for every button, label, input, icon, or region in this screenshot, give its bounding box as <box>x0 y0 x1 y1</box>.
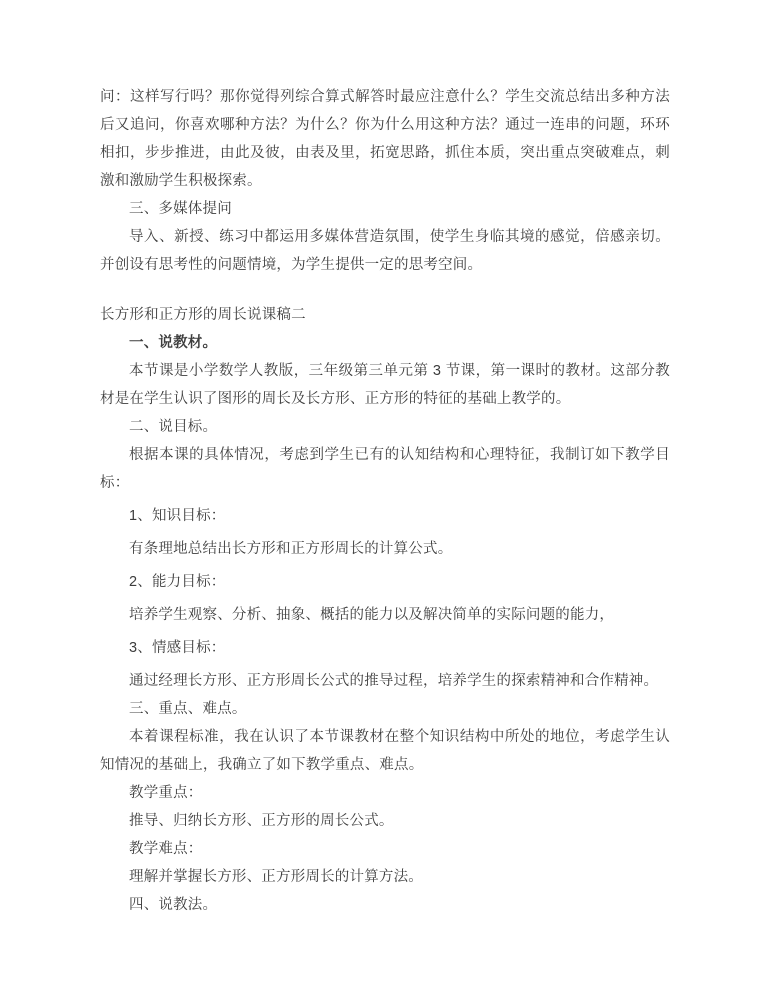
body-text: 根据本课的具体情况，考虑到学生已有的认知结构和心理特征，我制订如下教学目标： <box>100 441 670 497</box>
section-heading: 一、说教材。 <box>100 329 670 357</box>
section-heading: 三、多媒体提问 <box>100 195 670 223</box>
section-heading: 三、重点、难点。 <box>100 695 670 723</box>
body-text: 本节课是小学数学人教版，三年级第三单元第 3 节课，第一课时的教材。这部分教材是… <box>100 357 670 413</box>
body-text: 培养学生观察、分析、抽象、概括的能力以及解决简单的实际问题的能力， <box>100 601 670 629</box>
body-text: 本着课程标准，我在认识了本节课教材在整个知识结构中所处的地位，考虑学生认知情况的… <box>100 723 670 779</box>
section-heading: 四、说教法。 <box>100 891 670 919</box>
body-text: 理解并掌握长方形、正方形周长的计算方法。 <box>100 863 670 891</box>
section-heading: 二、说目标。 <box>100 413 670 441</box>
doc-title: 长方形和正方形的周长说课稿二 <box>100 301 670 329</box>
subsection-heading: 3、情感目标： <box>100 634 670 662</box>
label: 教学难点： <box>100 835 670 863</box>
document-page: 问：这样写行吗？那你觉得列综合算式解答时最应注意什么？学生交流总结出多种方法后又… <box>0 0 770 1000</box>
body-text: 推导、归纳长方形、正方形的周长公式。 <box>100 807 670 835</box>
body-text: 导入、新授、练习中都运用多媒体营造氛围，使学生身临其境的感觉，倍感亲切。并创设有… <box>100 223 670 279</box>
subsection-heading: 1、知识目标： <box>100 502 670 530</box>
body-text: 通过经理长方形、正方形周长公式的推导过程，培养学生的探索精神和合作精神。 <box>100 667 670 695</box>
body-text: 问：这样写行吗？那你觉得列综合算式解答时最应注意什么？学生交流总结出多种方法后又… <box>100 83 670 195</box>
body-text: 有条理地总结出长方形和正方形周长的计算公式。 <box>100 535 670 563</box>
subsection-heading: 2、能力目标： <box>100 568 670 596</box>
label: 教学重点： <box>100 779 670 807</box>
